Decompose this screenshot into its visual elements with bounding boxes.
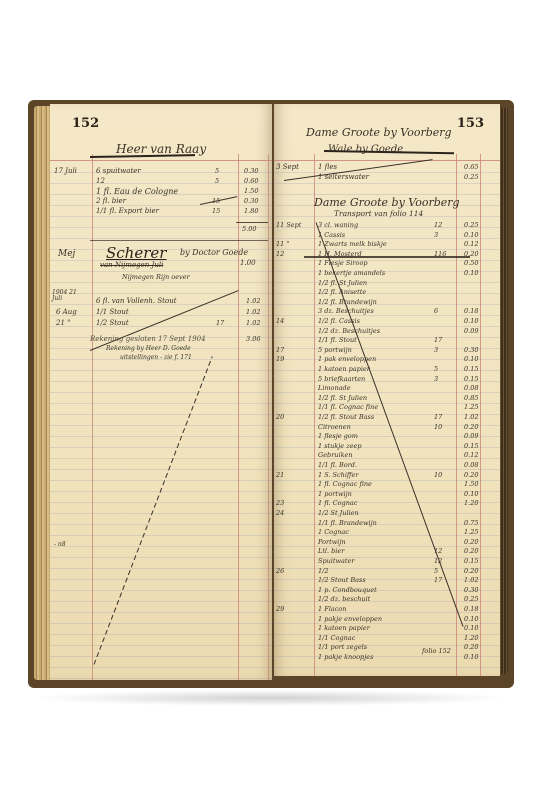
entry-item: Portwijn	[318, 539, 346, 546]
book-shadow	[30, 690, 510, 706]
account-name-suffix: by Doctor Goede	[180, 249, 248, 257]
entry-item: 1/1 fl. Bord.	[318, 462, 357, 469]
entry-amount: 1.50	[464, 481, 478, 488]
account-header: Dame Groote by Voorberg	[306, 126, 452, 139]
entry-item: 1/2 fl. Stout Bass	[318, 414, 374, 421]
entry-date: 1904 21 Juli	[52, 290, 88, 302]
entry-amount: 0.12	[464, 241, 478, 248]
entry-item: 1 stukje zeep	[318, 443, 361, 450]
entry-item: 1/2 fl. Cassis	[318, 318, 360, 325]
entry-amount: 1.20	[464, 500, 478, 507]
entry-item: 1 Flesje Siroop	[318, 260, 368, 267]
entry-item: 1 Zwarts melk biskje	[318, 241, 387, 248]
entry-amount: 1.50	[244, 188, 258, 195]
entry-amount: 0.20	[464, 539, 478, 546]
date-column-rule	[92, 154, 93, 680]
entry-item: 1/2 fl. St Julien	[318, 280, 367, 287]
entry-amount: 0.10	[464, 616, 478, 623]
settlement-note-line1: Rekening by Heer D. Goede	[106, 346, 191, 352]
section-subtitle: Transport van folio 114	[334, 210, 423, 218]
entry-item: 1/1 fl. Cognac fine	[318, 404, 378, 411]
entry-date: 19	[276, 356, 284, 363]
entry-amount: 1.25	[464, 529, 478, 536]
entry-amount: 0.15	[464, 443, 478, 450]
entry-date: 12	[276, 251, 284, 258]
entry-amount: 1.02	[246, 298, 260, 305]
entry-qty: 3	[434, 376, 438, 383]
entry-qty: 12	[434, 222, 442, 229]
entry-date: 14	[276, 318, 284, 325]
entry-qty: 10	[434, 472, 442, 479]
amount-column-rule	[238, 154, 239, 680]
header-strike	[90, 154, 195, 158]
entry-amount: 0.10	[464, 491, 478, 498]
entry-item: 1 pak enveloppen	[318, 356, 376, 363]
entry-amount: 0.20	[464, 424, 478, 431]
entry-amount: 0.10	[464, 654, 478, 661]
entry-item: 6 spuitwater	[96, 168, 141, 175]
entry-amount: 0.12	[464, 452, 478, 459]
entry-item: 1/1 fl. Export bier	[96, 208, 159, 215]
entry-amount: 0.08	[464, 385, 478, 392]
entry-item: 1 pakje knoopjes	[318, 654, 373, 661]
entry-qty: 5	[434, 568, 438, 575]
entry-item: 1 fles	[318, 164, 337, 171]
entry-qty: 17	[216, 320, 224, 327]
entry-amount: 0.10	[464, 356, 478, 363]
entry-item: 1 fl. Cognac fine	[318, 481, 372, 488]
entry-amount: 0.15	[464, 366, 478, 373]
entry-item: Ltl. bier	[318, 548, 344, 555]
entry-item: 1/2 Stout	[96, 320, 129, 327]
entry-item: 12	[96, 178, 105, 185]
entry-amount: 1.02	[246, 309, 260, 316]
entry-item: Gebruiken	[318, 452, 353, 459]
entry-amount: 0.08	[464, 462, 478, 469]
entry-amount: 0.09	[464, 433, 478, 440]
carry-note: folio 152	[422, 648, 451, 655]
entry-item: Citroenen	[318, 424, 351, 431]
subtotal-rule	[236, 222, 268, 223]
entry-amount: 0.25	[464, 222, 478, 229]
left-page: 152 Heer van Raay 17 Juli 6 spuitwater 5…	[50, 104, 272, 680]
header-rule	[274, 160, 500, 161]
entry-date: 11 "	[276, 241, 289, 248]
account-subline: Nijmegen Rijn oever	[122, 274, 190, 281]
amount-right-rule	[268, 154, 269, 680]
entry-item: 1/2 fl. Brandewijn	[318, 299, 377, 306]
entry-item: 1 portwijn	[318, 491, 352, 498]
entry-amount: 0.18	[464, 308, 478, 315]
entry-qty: 3	[434, 347, 438, 354]
entry-amount: 1.02	[246, 320, 260, 327]
entry-amount: 0.15	[464, 558, 478, 565]
entry-item: 1 katoen papier	[318, 625, 370, 632]
entry-qty: 10	[434, 424, 442, 431]
entry-date: 21 "	[56, 320, 70, 327]
entry-qty: 5	[434, 366, 438, 373]
entry-item: 5 portwijn	[318, 347, 352, 354]
subtotal-amount: 5.00	[242, 226, 256, 233]
entry-amount: 0.20	[464, 472, 478, 479]
entry-amount: 0.15	[464, 376, 478, 383]
entry-amount: 0.75	[464, 520, 478, 527]
account-name: Scherer	[106, 244, 166, 262]
entry-item: 1/2 fl. Anisette	[318, 289, 366, 296]
entry-amount: 0.60	[244, 178, 258, 185]
entry-item: 1/1 port zegels	[318, 644, 367, 651]
entry-amount: 0.30	[244, 168, 258, 175]
entry-item: 3 cl. waning	[318, 222, 358, 229]
entry-qty: 15	[212, 208, 220, 215]
entry-amount: 0.10	[464, 270, 478, 277]
entry-item: 1/2	[318, 568, 328, 575]
entry-qty: 17	[434, 577, 442, 584]
entry-date: 21	[276, 472, 284, 479]
amount-column-rule	[456, 154, 457, 676]
entry-date: 3 Sept	[276, 164, 299, 171]
entry-date: 23	[276, 500, 284, 507]
entry-item: 1 bekertje amandels	[318, 270, 385, 277]
entry-item: 1/2 dz. Beschuitjes	[318, 328, 380, 335]
entry-amount: 0.20	[464, 251, 478, 258]
entry-qty: 12	[434, 548, 442, 555]
amount-right-rule	[480, 154, 481, 676]
entry-qty: 5	[215, 168, 219, 175]
entry-item: 1/1 Cognac	[318, 635, 355, 642]
entry-amount: 0.09	[464, 328, 478, 335]
entry-item: 1 fl. Cognac	[318, 500, 357, 507]
entry-amount: 0.25	[464, 174, 478, 181]
entry-date: 11 Sept	[276, 222, 301, 229]
entry-item: 1 Flacon	[318, 606, 346, 613]
entry-item: 1/2 fl. St Julien	[318, 395, 367, 402]
entry-amount: 1.20	[464, 635, 478, 642]
entry-item: 1/2 St Julien	[318, 510, 359, 517]
ledger-book: 152 Heer van Raay 17 Juli 6 spuitwater 5…	[28, 96, 514, 688]
entry-item: 1/1 fl. Brandewijn	[318, 520, 377, 527]
page-number: 153	[457, 116, 484, 131]
entry-date: 6 Aug	[56, 309, 77, 316]
entry-item: Limonade	[318, 385, 351, 392]
entry-date: 20	[276, 414, 284, 421]
entry-amount: 0.30	[464, 347, 478, 354]
page-number: 152	[72, 116, 99, 131]
entry-amount: 0.20	[464, 548, 478, 555]
entry-amount: 0.20	[464, 644, 478, 651]
entry-amount: 0.20	[464, 568, 478, 575]
entry-date: 29	[276, 606, 284, 613]
entry-item: 1 selterswater	[318, 174, 369, 181]
entry-item: 2 fl. bier	[96, 198, 126, 205]
entry-item: 1 S. Schiffer	[318, 472, 358, 479]
entry-amount: 0.65	[464, 164, 478, 171]
entry-amount: 0.30	[244, 198, 258, 205]
entry-amount: 1.80	[244, 208, 258, 215]
section-prefix: Mej	[58, 250, 75, 259]
entry-item: 1 flesje gom	[318, 433, 358, 440]
settlement-amount: 3.06	[246, 336, 260, 343]
entry-qty: 6	[434, 308, 438, 315]
entry-date: 17	[276, 347, 284, 354]
entry-amount: 1.25	[464, 404, 478, 411]
entry-item: 1/2 dz. beschuit	[318, 596, 370, 603]
section-title: Dame Groote by Voorberg	[314, 196, 460, 209]
entry-item: 1 fl. Eau de Cologne	[96, 188, 178, 196]
entry-qty: 116	[434, 251, 446, 258]
entry-item: 1/1 Stout	[96, 309, 129, 316]
right-page: 153 Dame Groote by Voorberg Wale by Goed…	[274, 104, 500, 676]
entry-item: 1 p. Condbouquet	[318, 587, 377, 594]
entry-item: 1 Cognac	[318, 529, 349, 536]
entry-amount: 0.25	[464, 596, 478, 603]
entry-qty: 5	[215, 178, 219, 185]
opening-amount: 1.00	[240, 260, 256, 267]
entry-amount: 0.10	[464, 318, 478, 325]
date-column-rule	[314, 154, 315, 676]
entry-amount: 1.02	[464, 577, 478, 584]
entry-item: 1 H. Mosterd	[318, 251, 362, 258]
entry-date: 17 Juli	[54, 168, 77, 175]
entry-date: 26	[276, 568, 284, 575]
entry-amount: 0.18	[464, 606, 478, 613]
entry-qty: 12	[434, 558, 442, 565]
entry-item: 5 briefkaarten	[318, 376, 365, 383]
entry-date: 24	[276, 510, 284, 517]
entry-item: 1/2 Stout Bass	[318, 577, 366, 584]
entry-amount: 0.30	[464, 587, 478, 594]
entry-qty: 17	[434, 414, 442, 421]
entry-item: Spuitwater	[318, 558, 355, 565]
entry-amount: 0.50	[464, 260, 478, 267]
entry-qty: 17	[434, 337, 442, 344]
entry-item: 1 pakje enveloppen	[318, 616, 382, 623]
entry-item: 6 fl. van Vollenh. Stout	[96, 298, 177, 305]
entry-amount: 0.10	[464, 625, 478, 632]
entry-item: 1 Cassis	[318, 232, 345, 239]
section-rule	[90, 240, 268, 241]
struck-line: van Nijmegen Juli	[100, 262, 163, 269]
entry-item: 1/1 fl. Stout	[318, 337, 357, 344]
entry-item: 1 katoen papier	[318, 366, 370, 373]
entry-qty: 3	[434, 232, 438, 239]
margin-mark: - n8	[54, 542, 66, 548]
entry-amount: 1.02	[464, 414, 478, 421]
entry-item: 3 dz. Beschuitjes	[318, 308, 374, 315]
entry-amount: 0.10	[464, 232, 478, 239]
settlement-note-line2: uitstellingen - zie f. 171	[120, 355, 192, 361]
entry-amount: 0.85	[464, 395, 478, 402]
